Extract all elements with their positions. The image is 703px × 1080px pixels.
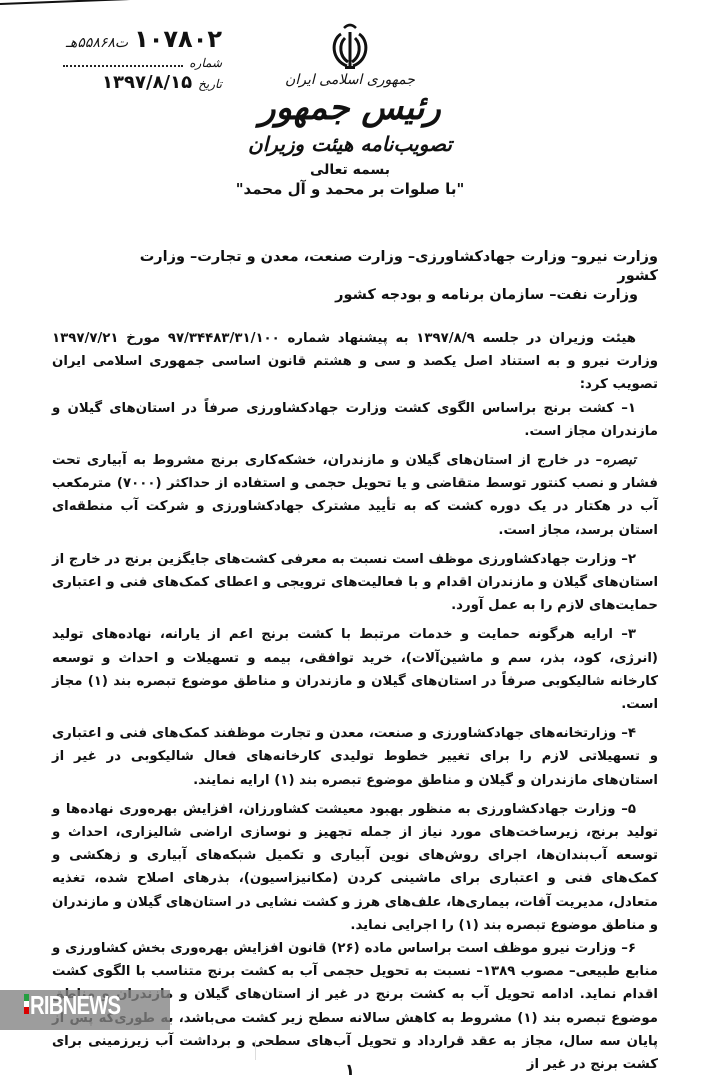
note-label: تبصره– <box>596 453 636 468</box>
reference-block: ۱۰۷۸۰۲ ت۵۵۸۶۸هـ شماره تاریخ ۱۳۹۷/۸/۱۵ <box>22 25 222 93</box>
bismillah: بسمه تعالی <box>200 162 500 178</box>
addressees-line-1: وزارت نیرو– وزارت جهادکشاورزی– وزارت صنع… <box>138 248 658 286</box>
note-text: در خارج از استان‌های گیلان و مازندران، خ… <box>52 453 658 538</box>
scan-edge-line <box>0 0 140 5</box>
letterhead: جمهوری اسلامی ایران رئیس جمهور تصویب‌نام… <box>200 20 500 198</box>
scan-artifact <box>255 1040 256 1060</box>
salawat: "با صلوات بر محمد و آل محمد" <box>200 180 500 198</box>
article-2: ۲– وزارت جهادکشاورزی موظف است نسبت به مع… <box>52 548 658 618</box>
page-number: ۱ <box>345 1060 355 1079</box>
intro-paragraph: هیئت وزیران در جلسه ۱۳۹۷/۸/۹ به پیشنهاد … <box>52 327 658 397</box>
article-5: ۵– وزارت جهادکشاورزی به منظور بهبود معیش… <box>52 798 658 937</box>
resolution-body: هیئت وزیران در جلسه ۱۳۹۷/۸/۹ به پیشنهاد … <box>52 327 658 1076</box>
reference-number-suffix: ت۵۵۸۶۸هـ <box>66 35 128 51</box>
republic-title: جمهوری اسلامی ایران <box>200 72 500 88</box>
ribnews-watermark: RIBNEWS <box>0 990 170 1030</box>
addressees-line-2: وزارت نفت– سازمان برنامه و بودجه کشور <box>138 286 658 305</box>
watermark-text: RIBNEWS <box>30 990 120 1021</box>
date-value: ۱۳۹۷/۸/۱۵ <box>102 72 192 93</box>
document-page: ۱۰۷۸۰۲ ت۵۵۸۶۸هـ شماره تاریخ ۱۳۹۷/۸/۱۵ جم… <box>0 0 703 1080</box>
reference-number-row: ۱۰۷۸۰۲ ت۵۵۸۶۸هـ <box>22 25 222 53</box>
number-field: شماره <box>22 55 222 70</box>
iran-emblem-icon <box>327 20 373 72</box>
article-1: ۱– کشت برنج براساس الگوی کشت وزارت جهادک… <box>52 397 658 443</box>
resolution-title: تصویب‌نامه هیئت وزیران <box>200 130 500 158</box>
article-4: ۴– وزارتخانه‌های جهادکشاورزی و صنعت، معد… <box>52 722 658 792</box>
article-3: ۳– ارایه هرگونه حمایت و خدمات مرتبط با ک… <box>52 623 658 716</box>
note-paragraph: تبصره– در خارج از استان‌های گیلان و مازن… <box>52 449 658 542</box>
addressees: وزارت نیرو– وزارت جهادکشاورزی– وزارت صنع… <box>138 248 658 305</box>
iran-flag-icon <box>24 994 29 1014</box>
president-title: رئیس جمهور <box>200 88 500 128</box>
date-field: تاریخ ۱۳۹۷/۸/۱۵ <box>22 72 222 93</box>
dotted-line <box>63 55 183 67</box>
